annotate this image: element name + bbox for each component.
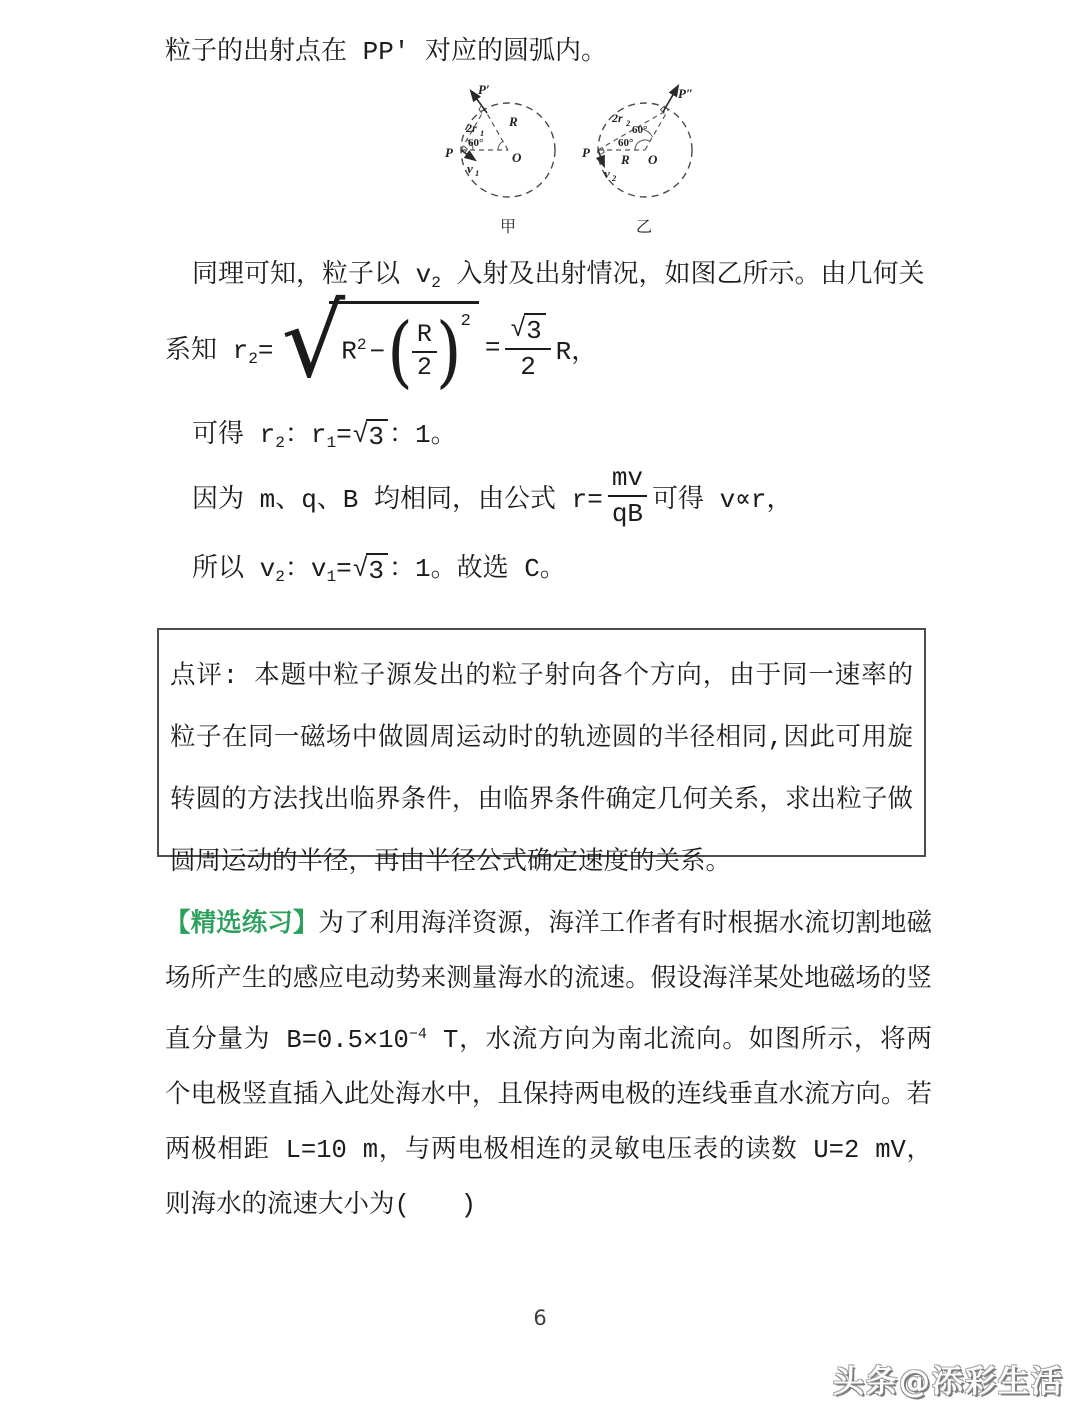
- label-p: P: [445, 145, 454, 160]
- label-center: O: [512, 150, 522, 165]
- fraction-numerator: R: [412, 320, 437, 353]
- text-segment: 可得 r: [192, 420, 275, 450]
- fraction-mv-over-qB: mv qB: [608, 462, 647, 531]
- label-angle: 60°: [468, 137, 483, 149]
- superscript: 2: [461, 312, 471, 331]
- label-center: O: [648, 152, 658, 167]
- fraction-numerator: √3: [505, 313, 550, 351]
- small-radical: √3: [353, 553, 388, 588]
- radicand: R2 − ( R 2 ) 2: [329, 301, 479, 395]
- label-angle-lower: 60°: [618, 137, 633, 149]
- text-segment: 入射及出射情况，如图乙所示。由几何关: [441, 260, 925, 290]
- v1-arrow: [461, 150, 475, 160]
- text-segment: 所以 v: [192, 554, 275, 584]
- left-paren: (: [387, 313, 413, 391]
- page-number: 6: [0, 1306, 1080, 1330]
- caption-yi: 乙: [636, 219, 652, 236]
- formula-r2-radical: 系知 r2= √ R2 − ( R 2 ) 2 = √3 2 R，: [165, 295, 597, 401]
- text-segment: R，: [556, 330, 598, 367]
- radicand: 3: [524, 313, 546, 348]
- label-p: P: [582, 145, 591, 160]
- small-radical: √3: [510, 313, 545, 348]
- label-chord-sub: 2: [625, 118, 631, 128]
- solution-line-formula-mvqB: 因为 m、q、B 均相同，由公式 r= mv qB 可得 v∝r，: [192, 455, 793, 537]
- fraction-denominator: 2: [417, 353, 432, 383]
- radius-line-OPdprime: [645, 109, 669, 150]
- label-chord: 2r: [465, 121, 477, 135]
- fraction-numerator: mv: [608, 462, 647, 498]
- equals-sign: =: [336, 554, 352, 584]
- fraction-R-over-2: R 2: [412, 320, 437, 383]
- text-segment: ：r: [285, 420, 327, 450]
- intro-line: 粒子的出射点在 PP′ 对应的圆弧内。: [165, 30, 607, 67]
- superscript: −4: [409, 1026, 427, 1043]
- label-v-sub: 1: [475, 168, 479, 178]
- text-segment: 因为 m、q、B 均相同，由公式 r=: [192, 478, 603, 515]
- small-radical: √3: [353, 419, 388, 454]
- fraction-denominator: 2: [520, 350, 536, 384]
- diagram-jia: P′ P 2r 1 R 60° O v 1 甲: [445, 82, 555, 236]
- equals-sign: =: [336, 420, 352, 450]
- text-segment: T，水流方向为南北流向。如图所示，将两个电极竖直插入此处海水中，且保持两电极的连…: [165, 1026, 932, 1220]
- particle-diagrams: P′ P 2r 1 R 60° O v 1 甲 P″ 2r 2 60°: [420, 80, 720, 240]
- label-p-dprime: P″: [678, 86, 693, 101]
- fraction-sqrt3-over-2: √3 2: [505, 313, 550, 384]
- radicand: 3: [366, 553, 388, 588]
- exit-velocity-arrow: [663, 86, 678, 112]
- watermark: 头条@添彩生活: [833, 1356, 1064, 1401]
- exercise-paragraph: 【精选练习】为了利用海洋资源，海洋工作者有时根据水流切割地磁场所产生的感应电动势…: [165, 897, 932, 1233]
- subscript: 2: [248, 349, 258, 367]
- label-radius: R: [620, 152, 630, 167]
- solution-line-v-ratio: 所以 v2：v1=√3：1。故选 C。: [192, 547, 566, 588]
- radicand: 3: [366, 419, 388, 454]
- text-segment: 系知 r: [165, 336, 248, 366]
- comment-text: 本题中粒子源发出的粒子射向各个方向，由于同一速率的粒子在同一磁场中做圆周运动时的…: [170, 662, 913, 877]
- subscript: 2: [275, 434, 285, 452]
- equals-sign: =: [485, 333, 501, 363]
- equals-sign: =: [258, 336, 274, 366]
- minus-sign: −: [370, 337, 386, 367]
- label-p-prime: P′: [478, 82, 490, 97]
- text-segment: 系知 r2=: [165, 329, 274, 368]
- right-paren: ): [436, 313, 462, 391]
- text-segment: ：v: [285, 554, 327, 584]
- radical-sign: √: [282, 292, 346, 392]
- diagram-yi: P″ 2r 2 60° 60° P R O v 2 乙: [582, 86, 693, 236]
- label-v: v: [467, 161, 473, 176]
- angle-arc-at-O: [498, 141, 503, 150]
- text-segment: ：1。故选 C。: [389, 554, 566, 584]
- radius-line-OPprime: [485, 109, 509, 150]
- label-chord: 2r: [611, 111, 623, 125]
- subscript: 1: [327, 568, 337, 586]
- superscript: 2: [357, 336, 367, 354]
- text-segment: 可得 v∝r，: [652, 478, 792, 515]
- comment-box: 点评: 本题中粒子源发出的粒子射向各个方向，由于同一速率的粒子在同一磁场中做圆周…: [157, 628, 926, 857]
- comment-label: 点评:: [170, 662, 254, 691]
- caption-jia: 甲: [500, 218, 516, 236]
- solution-line-r-ratio: 可得 r2：r1=√3：1。: [192, 413, 457, 454]
- text-segment: ：1。: [389, 420, 457, 450]
- fraction-denominator: qB: [612, 497, 643, 531]
- label-v-sub: 2: [611, 173, 617, 183]
- label-v: v: [604, 166, 610, 181]
- big-radical: √ R2 − ( R 2 ) 2: [282, 301, 479, 395]
- exercise-label: 【精选练习】: [165, 910, 318, 939]
- angle-arc-at-O: [635, 140, 650, 150]
- label-radius: R: [508, 114, 518, 129]
- subscript: 2: [431, 274, 441, 292]
- subscript: 1: [327, 434, 337, 452]
- subscript: 2: [275, 568, 285, 586]
- document-page: 粒子的出射点在 PP′ 对应的圆弧内。 P′ P 2r 1 R 60° O v: [0, 0, 1080, 1423]
- label-angle-upper: 60°: [632, 124, 647, 136]
